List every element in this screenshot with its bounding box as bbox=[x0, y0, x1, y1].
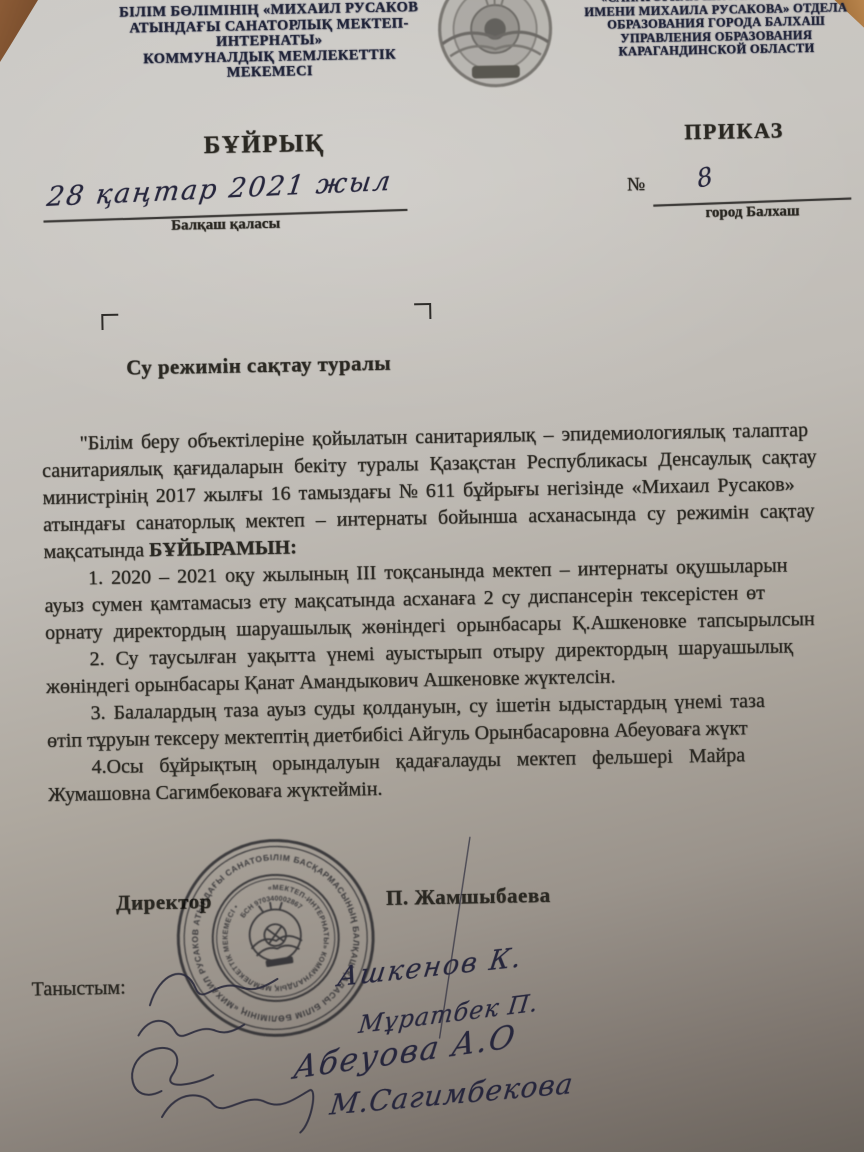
order-subject: Су режимін сақтау туралы bbox=[126, 351, 391, 381]
order-body: "Білім беру объектілеріне қойылатын сани… bbox=[41, 416, 864, 809]
body-text: мақсатында bbox=[43, 539, 149, 563]
state-emblem-icon bbox=[431, 0, 559, 98]
resolve-word: БҰЙЫРАМЫН: bbox=[149, 536, 297, 561]
corner-mark-left bbox=[101, 314, 118, 330]
letterhead-russian: «САНАТОРНАЯ ШКОЛА-ИНТЕРНАТ ИМЕНИ МИХАИЛА… bbox=[547, 0, 864, 60]
corner-mark-right bbox=[414, 303, 431, 319]
acquainted-label: Таныстым: bbox=[31, 977, 125, 1002]
letterhead-kazakh: БІЛІМ БӨЛІМІНІҢ «МИХАИЛ РУСАКОВ АТЫНДАҒЫ… bbox=[104, 0, 435, 83]
order-document: БІЛІМ БӨЛІМІНІҢ «МИХАИЛ РУСАКОВ АТЫНДАҒЫ… bbox=[0, 0, 864, 1152]
document-photo: БІЛІМ БӨЛІМІНІҢ «МИХАИЛ РУСАКОВ АТЫНДАҒЫ… bbox=[0, 0, 864, 1152]
place-russian: город Балхаш bbox=[653, 202, 851, 223]
order-title-kazakh: БҰЙРЫҚ bbox=[184, 130, 344, 161]
number-sign: № bbox=[627, 174, 646, 196]
director-name: П. Жамшыбаева bbox=[386, 883, 551, 911]
handwritten-number: 8 bbox=[695, 161, 715, 194]
handwritten-date: 28 қаңтар 2021 жыл bbox=[45, 166, 394, 213]
order-title-russian: ПРИКАЗ bbox=[666, 117, 802, 145]
place-kazakh: Балқаш қаласы bbox=[116, 215, 336, 236]
